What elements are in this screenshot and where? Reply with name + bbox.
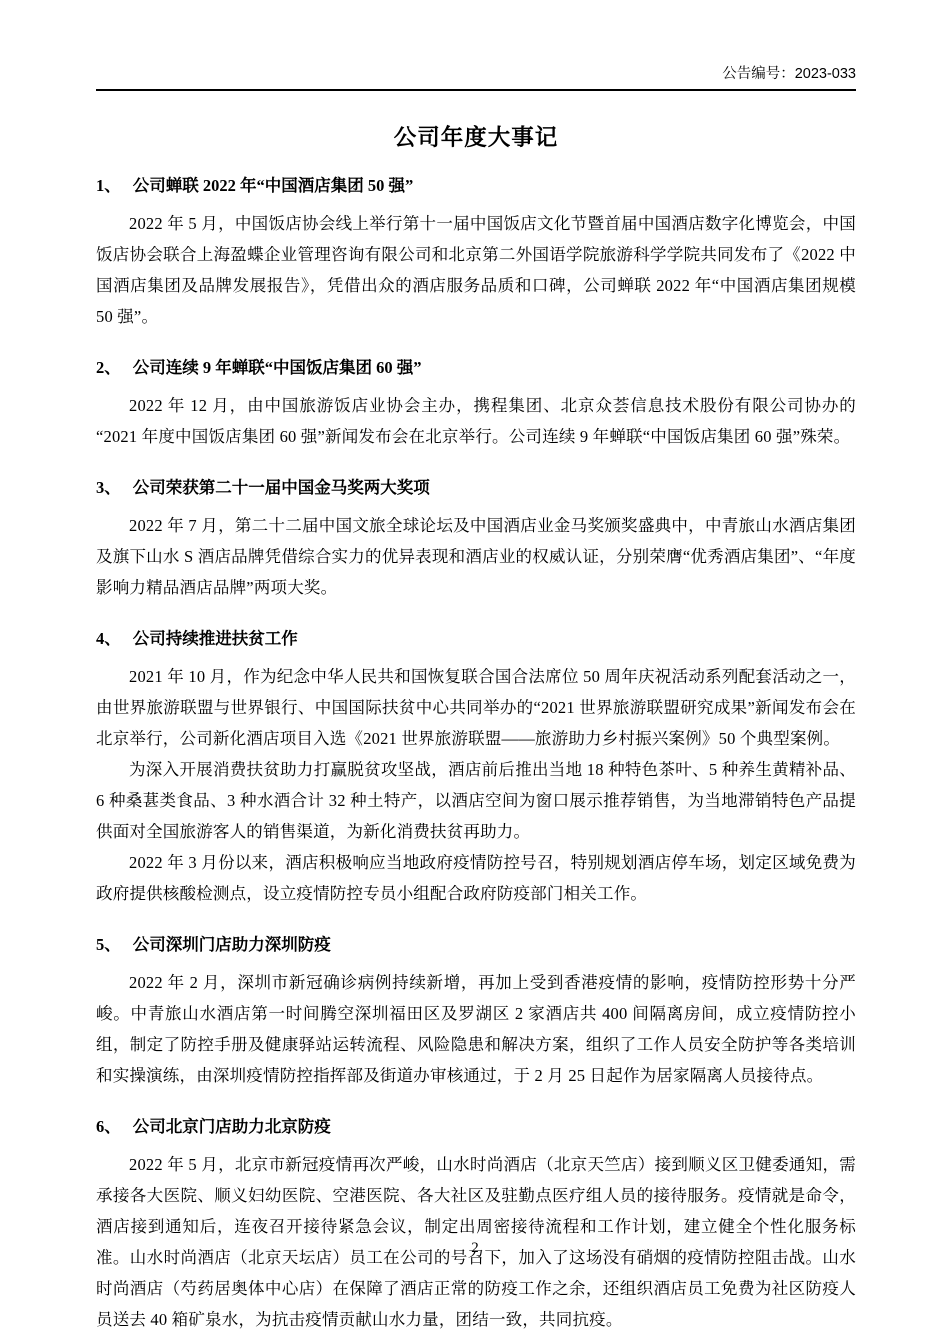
section: 1、公司蝉联 2022 年“中国酒店集团 50 强”2022 年 5 月，中国饭… bbox=[96, 175, 856, 332]
page-header: 公告编号：2023-033 bbox=[96, 0, 856, 84]
paragraph: 2022 年 12 月，由中国旅游饭店业协会主办，携程集团、北京众荟信息技术股份… bbox=[96, 390, 856, 452]
section-heading: 6、公司北京门店助力北京防疫 bbox=[96, 1116, 856, 1138]
section-number: 3、 bbox=[96, 477, 121, 499]
section-title: 公司深圳门店助力深圳防疫 bbox=[133, 934, 331, 956]
section-number: 1、 bbox=[96, 175, 121, 197]
document-body: 1、公司蝉联 2022 年“中国酒店集团 50 强”2022 年 5 月，中国饭… bbox=[96, 175, 856, 1335]
section-number: 5、 bbox=[96, 934, 121, 956]
paragraph: 2022 年 7 月，第二十二届中国文旅全球论坛及中国酒店业金马奖颁奖盛典中，中… bbox=[96, 510, 856, 603]
paragraph: 2021 年 10 月，作为纪念中华人民共和国恢复联合国合法席位 50 周年庆祝… bbox=[96, 661, 856, 754]
paragraph: 为深入开展消费扶贫助力打赢脱贫攻坚战，酒店前后推出当地 18 种特色茶叶、5 种… bbox=[96, 754, 856, 847]
section-number: 6、 bbox=[96, 1116, 121, 1138]
section-title: 公司蝉联 2022 年“中国酒店集团 50 强” bbox=[133, 175, 414, 197]
section-title: 公司连续 9 年蝉联“中国饭店集团 60 强” bbox=[133, 357, 422, 379]
section-heading: 4、公司持续推进扶贫工作 bbox=[96, 628, 856, 650]
section: 2、公司连续 9 年蝉联“中国饭店集团 60 强”2022 年 12 月，由中国… bbox=[96, 357, 856, 452]
section: 4、公司持续推进扶贫工作2021 年 10 月，作为纪念中华人民共和国恢复联合国… bbox=[96, 628, 856, 909]
section-heading: 2、公司连续 9 年蝉联“中国饭店集团 60 强” bbox=[96, 357, 856, 379]
section-heading: 1、公司蝉联 2022 年“中国酒店集团 50 强” bbox=[96, 175, 856, 197]
section-title: 公司持续推进扶贫工作 bbox=[133, 628, 298, 650]
paragraph: 2022 年 3 月份以来，酒店积极响应当地政府疫情防控号召，特别规划酒店停车场… bbox=[96, 847, 856, 909]
section-title: 公司北京门店助力北京防疫 bbox=[133, 1116, 331, 1138]
page-number: 2 bbox=[471, 1240, 479, 1256]
section: 6、公司北京门店助力北京防疫2022 年 5 月，北京市新冠疫情再次严峻，山水时… bbox=[96, 1116, 856, 1335]
section: 5、公司深圳门店助力深圳防疫2022 年 2 月，深圳市新冠确诊病例持续新增，再… bbox=[96, 934, 856, 1091]
section-heading: 3、公司荣获第二十一届中国金马奖两大奖项 bbox=[96, 477, 856, 499]
section-number: 4、 bbox=[96, 628, 121, 650]
section: 3、公司荣获第二十一届中国金马奖两大奖项2022 年 7 月，第二十二届中国文旅… bbox=[96, 477, 856, 603]
document-page: 公告编号：2023-033 公司年度大事记 1、公司蝉联 2022 年“中国酒店… bbox=[0, 0, 950, 1344]
section-title: 公司荣获第二十一届中国金马奖两大奖项 bbox=[133, 477, 430, 499]
document-title: 公司年度大事记 bbox=[96, 126, 856, 150]
section-heading: 5、公司深圳门店助力深圳防疫 bbox=[96, 934, 856, 956]
announcement-number: 公告编号：2023-033 bbox=[722, 66, 856, 82]
paragraph: 2022 年 5 月，中国饭店协会线上举行第十一届中国饭店文化节暨首届中国酒店数… bbox=[96, 208, 856, 332]
section-number: 2、 bbox=[96, 357, 121, 379]
paragraph: 2022 年 2 月，深圳市新冠确诊病例持续新增，再加上受到香港疫情的影响，疫情… bbox=[96, 967, 856, 1091]
page-footer: 2 bbox=[0, 1238, 950, 1258]
header-rule bbox=[96, 89, 856, 91]
